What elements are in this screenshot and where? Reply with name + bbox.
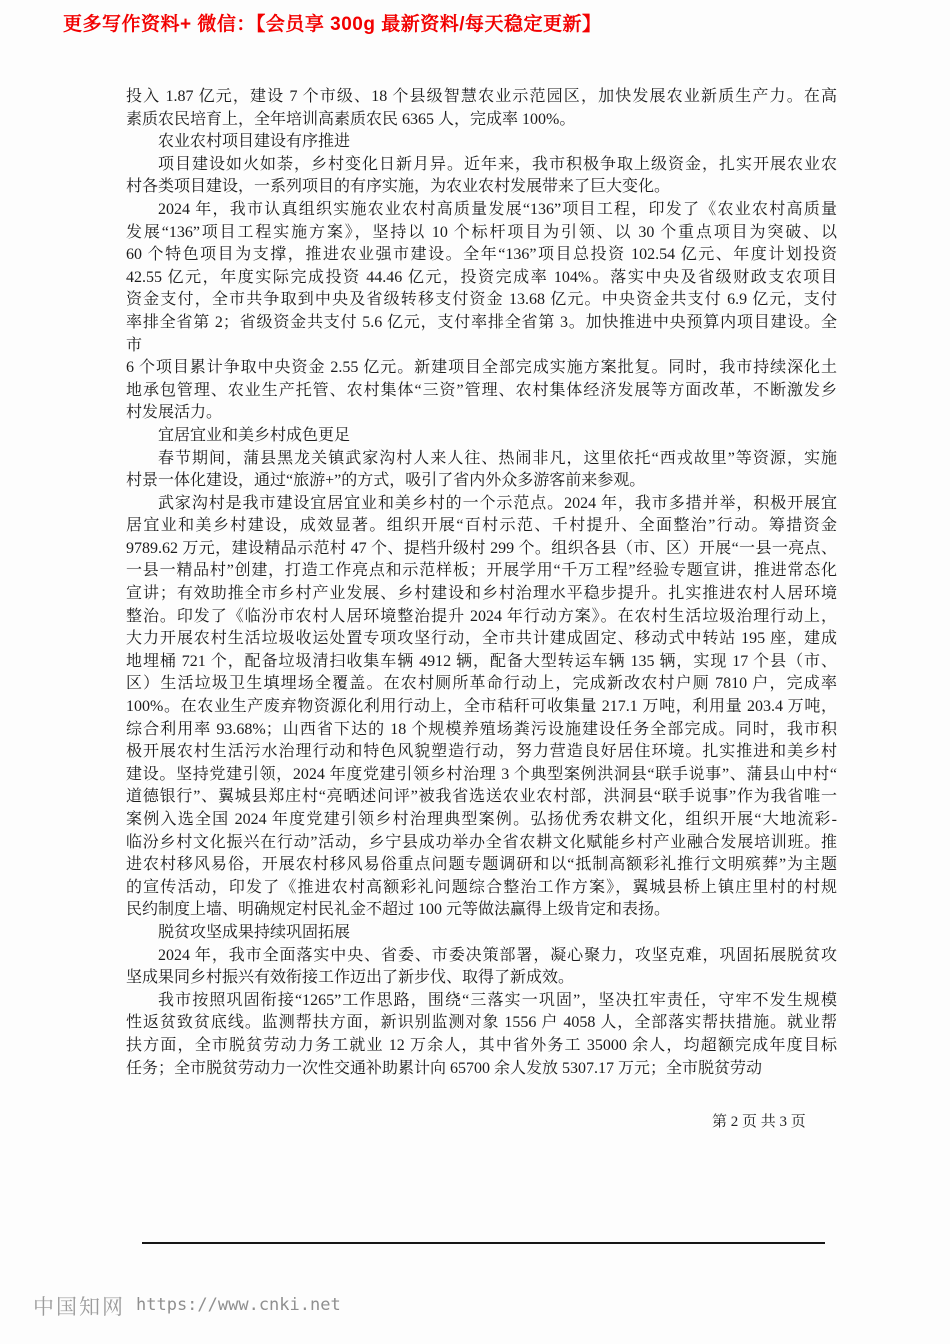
text-line: 一县一精品村”创建，打造工作亮点和示范样板；开展学用“千万工程”经验专题宣讲，推…	[126, 560, 837, 583]
text-line: 地承包管理、农业生产托管、农村集体“三资”管理、农村集体经济发展等方面改革，不断…	[126, 380, 837, 403]
text-line: 2024 年，我市认真组织实施农业农村高质量发展“136”项目工程，印发了《农业…	[126, 199, 837, 222]
text-line: 村景一体化建设，通过“旅游+”的方式，吸引了省内外众多游客前来参观。	[126, 470, 837, 493]
text-line: 极开展农村生活污水治理行动和特色风貌塑造行动，努力营造良好居住环境。扎实推进和美…	[126, 741, 837, 764]
page-number-indicator: 第 2 页 共 3 页	[712, 1110, 806, 1131]
text-line: 建设。坚持党建引领，2024 年度党建引领乡村治理 3 个典型案例洪洞县“联手说…	[126, 764, 837, 787]
text-line: 2024 年，我市全面落实中央、省委、市委决策部署，凝心聚力，攻坚克难，巩固拓展…	[126, 945, 837, 968]
section-heading: 脱贫攻坚成果持续巩固拓展	[126, 922, 837, 945]
document-page: 更多写作资料+ 微信：【会员享 300g 最新资料/每天稳定更新】 投入 1.8…	[0, 0, 950, 1344]
text-line: 区）生活垃圾卫生填埋场全覆盖。在农村厕所革命行动上，完成新改农村户厕 7810 …	[126, 673, 837, 696]
text-line: 坚成果同乡村振兴有效衔接工作迈出了新步伐、取得了新成效。	[126, 967, 837, 990]
text-line: 资金支付，全市共争取到中央及省级转移支付资金 13.68 亿元。中央资金共支付 …	[126, 289, 837, 312]
text-line: 的宣传活动，印发了《推进农村高额彩礼问题综合整治工作方案》，翼城县桥上镇庄里村的…	[126, 877, 837, 900]
text-line: 武家沟村是我市建设宜居宜业和美乡村的一个示范点。2024 年，我市多措并举，积极…	[126, 493, 837, 516]
section-heading: 农业农村项目建设有序推进	[126, 131, 837, 154]
text-line: 大力开展农村生活垃圾收运处置专项攻坚行动，全市共计建成固定、移动式中转站 195…	[126, 628, 837, 651]
text-line: 项目建设如火如荼，乡村变化日新月异。近年来，我市积极争取上级资金，扎实开展农业农	[126, 154, 837, 177]
text-line: 市	[126, 335, 837, 358]
text-line: 9789.62 万元，建设精品示范村 47 个、提档升级村 299 个。组织各县…	[126, 538, 837, 561]
text-line: 宣讲；有效助推全市乡村产业发展、乡村建设和乡村治理水平稳步提升。扎实推进农村人居…	[126, 583, 837, 606]
text-line: 投入 1.87 亿元，建设 7 个市级、18 个县级智慧农业示范园区，加快发展农…	[126, 86, 837, 109]
text-line: 100%。在农业生产废弃物资源化利用行动上，全市秸秆可收集量 217.1 万吨，…	[126, 696, 837, 719]
text-line: 整治。印发了《临汾市农村人居环境整治提升 2024 年行动方案》。在农村生活垃圾…	[126, 606, 837, 629]
text-line: 村各类项目建设，一系列项目的有序实施，为农业农村发展带来了巨大变化。	[126, 176, 837, 199]
text-line: 临汾乡村文化振兴在行动”活动，乡宁县成功举办全省农耕文化赋能乡村产业融合发展培训…	[126, 832, 837, 855]
cnki-watermark-brand: 中国知网	[33, 1291, 125, 1321]
text-line: 地埋桶 721 个，配备垃圾清扫收集车辆 4912 辆，配备大型转运车辆 135…	[126, 651, 837, 674]
text-line: 我市按照巩固衔接“1265”工作思路，围绕“三落实一巩固”，坚决扛牢责任，守牢不…	[126, 990, 837, 1013]
text-line: 60 个特色项目为支撑，推进农业强市建设。全年“136”项目总投资 102.54…	[126, 244, 837, 267]
text-line: 居宜业和美乡村建设，成效显著。组织开展“百村示范、千村提升、全面整治”行动。筹措…	[126, 515, 837, 538]
text-line: 春节期间，蒲县黑龙关镇武家沟村人来人往、热闹非凡，这里依托“西戎故里”等资源，实…	[126, 448, 837, 471]
cnki-watermark-url: https://www.cnki.net	[136, 1295, 341, 1315]
text-line: 6 个项目累计争取中央资金 2.55 亿元。新建项目全部完成实施方案批复。同时，…	[126, 357, 837, 380]
text-line: 案例入选全国 2024 年度党建引领乡村治理典型案例。弘扬优秀农耕文化，组织开展…	[126, 809, 837, 832]
text-line: 任务；全市脱贫劳动力一次性交通补助累计向 65700 余人发放 5307.17 …	[126, 1058, 837, 1081]
text-line: 发展“136”项目工程实施方案》，坚持以 10 个标杆项目为引领、以 30 个重…	[126, 222, 837, 245]
text-line: 素质农民培育上，全年培训高素质农民 6365 人，完成率 100%。	[126, 109, 837, 132]
section-heading: 宜居宜业和美乡村成色更足	[126, 425, 837, 448]
document-body: 投入 1.87 亿元，建设 7 个市级、18 个县级智慧农业示范园区，加快发展农…	[126, 86, 837, 1080]
promo-header-text: 更多写作资料+ 微信：【会员享 300g 最新资料/每天稳定更新】	[63, 13, 602, 37]
text-line: 民约制度上墙、明确规定村民礼金不超过 100 元等做法赢得上级肯定和表扬。	[126, 899, 837, 922]
text-line: 42.55 亿元，年度实际完成投资 44.46 亿元，投资完成率 104%。落实…	[126, 267, 837, 290]
footer-divider-line	[142, 1242, 825, 1244]
text-line: 综合利用率 93.68%；山西省下达的 18 个规模养殖场粪污设施建设任务全部完…	[126, 719, 837, 742]
text-line: 道德银行”、翼城县郑庄村“亮晒述问评”被我省选送农业农村部，洪洞县“联手说事”作…	[126, 786, 837, 809]
text-line: 率排全省第 2；省级资金共支付 5.6 亿元，支付率排全省第 3。加快推进中央预…	[126, 312, 837, 335]
text-line: 扶方面，全市脱贫劳动力务工就业 12 万余人，其中省外务工 35000 余人，均…	[126, 1035, 837, 1058]
text-line: 性返贫致贫底线。监测帮扶方面，新识别监测对象 1556 户 4058 人，全部落…	[126, 1012, 837, 1035]
text-line: 进农村移风易俗，开展农村移风易俗重点问题专题调研和以“抵制高额彩礼推行文明殡葬”…	[126, 854, 837, 877]
text-line: 村发展活力。	[126, 402, 837, 425]
